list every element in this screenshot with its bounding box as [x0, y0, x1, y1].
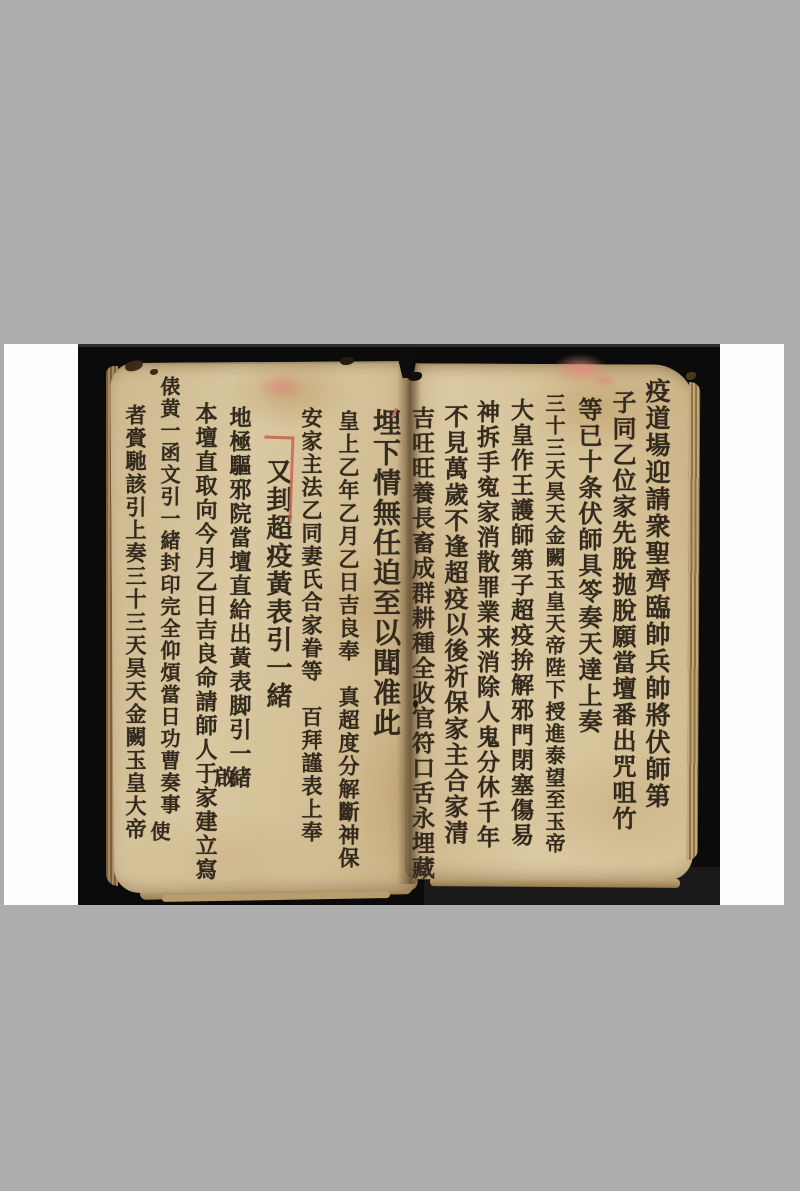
- manuscript-text-column: 三十三天昊天金闕玉皇天帝陛下授進泰望至玉帝: [544, 393, 564, 855]
- manuscript-text-column: 者賫馳該引上奏三十三天昊天金闕玉皇大帝: [125, 404, 146, 841]
- manuscript-text-column: 俵黄一函文引一緒封印完全仰煩當日功曹奏事: [159, 376, 179, 816]
- manuscript-text-column: 不見萬歲不逢超疫以後祈保家主合家清: [442, 404, 466, 846]
- manuscript-text-column: 埋下情無任迫至以聞准此: [371, 408, 399, 738]
- manuscript-text-column: 神拆手寃家消散罪業来消除人鬼分休千年: [475, 400, 498, 850]
- handwriting-text-layer: 疫道場迎請衆聖齊臨帥兵帥將伏師第子同乙位家先脫抛脫願當壇番出咒咀竹等已十条伏師具…: [0, 0, 800, 1191]
- manuscript-text-column: 子同乙位家先脫抛脫願當壇番出咒咀竹: [610, 390, 634, 832]
- manuscript-text-column: 使: [149, 821, 169, 843]
- manuscript-text-column: 皇上乙年乙月乙日吉良奉 真超度分解斷神保: [338, 410, 359, 870]
- pink-smudge-left-page: [258, 374, 304, 400]
- manuscript-text-column: 等已十条伏師具笭奏天達上奏: [576, 397, 600, 735]
- manuscript-text-column: 安家主法乙同妻氏合家眷等 百拜謹表上奉: [301, 407, 322, 844]
- manuscript-text-column: 吉㕵旺養長畜成群耕種全收官符口舌永埋藏: [410, 406, 433, 881]
- manuscript-text-column: 大皇作王護師第子超疫拚解邪門閉塞傷易: [509, 398, 532, 848]
- manuscript-text-column: 本壇直取向今月乙日吉良命請師人于家建立寫: [194, 402, 216, 882]
- manuscript-text-column: 疫道場迎請衆聖齊臨帥兵帥將伏師第: [644, 378, 669, 810]
- pink-smudge-right-page-small: [592, 372, 618, 388]
- manuscript-text-column: 地極驅邪院當壇直給出黃表脚引一緒: [228, 406, 250, 790]
- photograph: 疫道場迎請衆聖齊臨帥兵帥將伏師第子同乙位家先脫抛脫願當壇番出咒咀竹等已十条伏師具…: [0, 0, 800, 1191]
- red-corner-bracket-mark: [262, 436, 295, 523]
